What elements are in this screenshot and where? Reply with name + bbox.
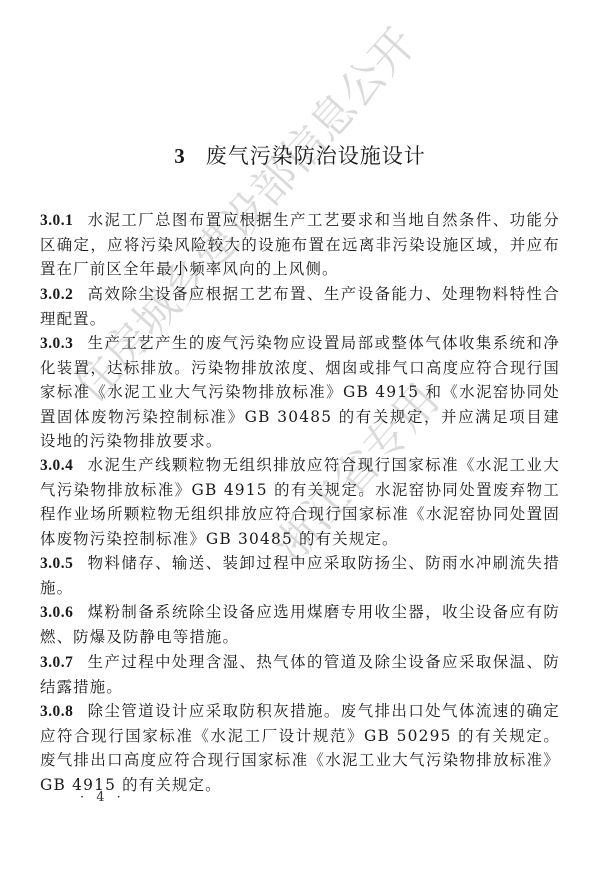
page-number: · 4 · [80,790,125,805]
clause-text: 物料储存、输送、装卸过程中应采取防扬尘、防雨水冲刷流失措施。 [40,554,560,597]
clause-3-0-8: 3.0.8除尘管道设计应采取防积灰措施。废气排出口处气体流速的确定应符合现行国家… [40,699,560,797]
clause-3-0-1: 3.0.1水泥工厂总图布置应根据生产工艺要求和当地自然条件、功能分区确定，应将污… [40,208,560,282]
clause-number: 3.0.3 [40,335,73,352]
clause-number: 3.0.1 [40,212,73,229]
clause-text: 生产过程中处理含湿、热气体的管道及除尘设备应采取保温、防结露措施。 [40,653,560,696]
clause-3-0-2: 3.0.2高效除尘设备应根据工艺布置、生产设备能力、处理物料特性合理配置。 [40,282,560,331]
clause-text: 生产工艺产生的废气污染物应设置局部或整体气体收集系统和净化装置，达标排放。污染物… [40,334,560,450]
clause-number: 3.0.7 [40,654,73,671]
clause-number: 3.0.4 [40,457,73,474]
chapter-title-text: 废气污染防治设施设计 [206,144,426,168]
clause-text: 水泥工厂总图布置应根据生产工艺要求和当地自然条件、功能分区确定，应将污染风险较大… [40,211,560,278]
clause-number: 3.0.8 [40,703,73,720]
clause-text: 煤粉制备系统除尘设备应选用煤磨专用收尘器，收尘设备应有防燃、防爆及防静电等措施。 [40,603,560,646]
clause-number: 3.0.5 [40,555,73,572]
clause-3-0-7: 3.0.7生产过程中处理含湿、热气体的管道及除尘设备应采取保温、防结露措施。 [40,650,560,699]
clause-3-0-6: 3.0.6煤粉制备系统除尘设备应选用煤磨专用收尘器，收尘设备应有防燃、防爆及防静… [40,600,560,649]
clause-number: 3.0.2 [40,286,73,303]
chapter-number: 3 [174,144,186,168]
clause-3-0-5: 3.0.5物料储存、输送、装卸过程中应采取防扬尘、防雨水冲刷流失措施。 [40,551,560,600]
clause-text: 高效除尘设备应根据工艺布置、生产设备能力、处理物料特性合理配置。 [40,285,560,328]
clause-3-0-3: 3.0.3生产工艺产生的废气污染物应设置局部或整体气体收集系统和净化装置，达标排… [40,331,560,453]
clause-3-0-4: 3.0.4水泥生产线颗粒物无组织排放应符合现行国家标准《水泥工业大气污染物排放标… [40,453,560,551]
clause-list: 3.0.1水泥工厂总图布置应根据生产工艺要求和当地自然条件、功能分区确定，应将污… [40,208,560,797]
chapter-title: 3废气污染防治设施设计 [0,140,600,170]
clause-number: 3.0.6 [40,604,73,621]
clause-text: 水泥生产线颗粒物无组织排放应符合现行国家标准《水泥工业大气污染物排放标准》GB … [40,456,560,548]
clause-text: 除尘管道设计应采取防积灰措施。废气排出口处气体流速的确定应符合现行国家标准《水泥… [40,702,560,794]
